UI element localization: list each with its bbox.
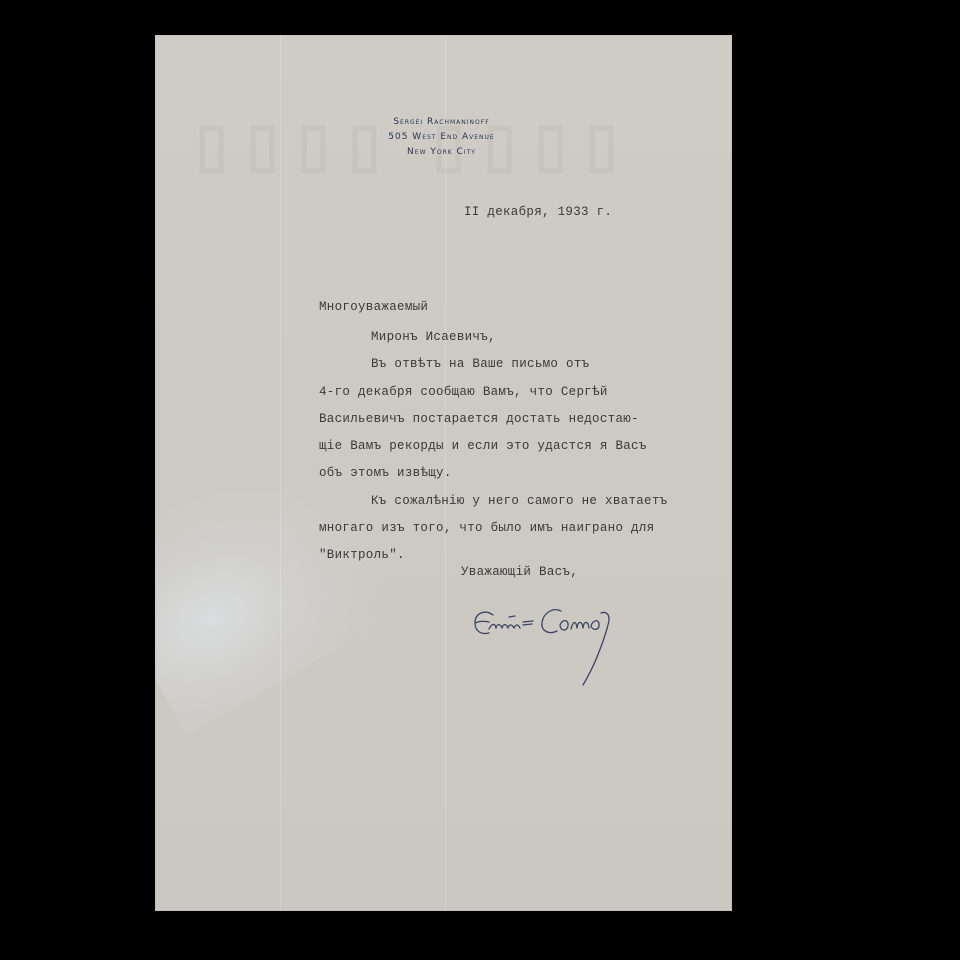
body-line: объ этомъ извѣщу. [319,466,452,480]
body-line: щіе Вамъ рекорды и если это удастся я Ва… [319,439,647,453]
body-line: Васильевичъ постарается достать недостаю… [319,412,639,426]
letter-addressee: Миронъ Исаевичъ, [371,330,496,344]
letterhead-city: New York City [155,145,732,160]
letter-paper: ▯▯▯▯ ▯▯▯▯ Sergei Rachmaninoff 505 West E… [155,35,732,911]
letter-salutation: Многоуважаемый [319,300,428,314]
handwritten-signature [465,595,665,695]
letterhead: Sergei Rachmaninoff 505 West End Avenue … [155,115,732,160]
body-line: "Виктроль". [319,548,405,562]
body-line: многаго изъ того, что было имъ наиграно … [319,521,654,535]
letterhead-address: 505 West End Avenue [155,130,732,145]
letter-date: II декабря, 1933 г. [464,205,612,219]
letter-closing: Уважающій Васъ, [461,565,578,579]
body-line: Въ отвѣтъ на Ваше письмо отъ [371,357,589,371]
letterhead-name: Sergei Rachmaninoff [155,115,732,130]
body-line: 4-го декабря сообщаю Вамъ, что Сергѣй [319,385,608,399]
body-line: Къ сожалѣнію у него самого не хватаетъ [371,494,667,508]
